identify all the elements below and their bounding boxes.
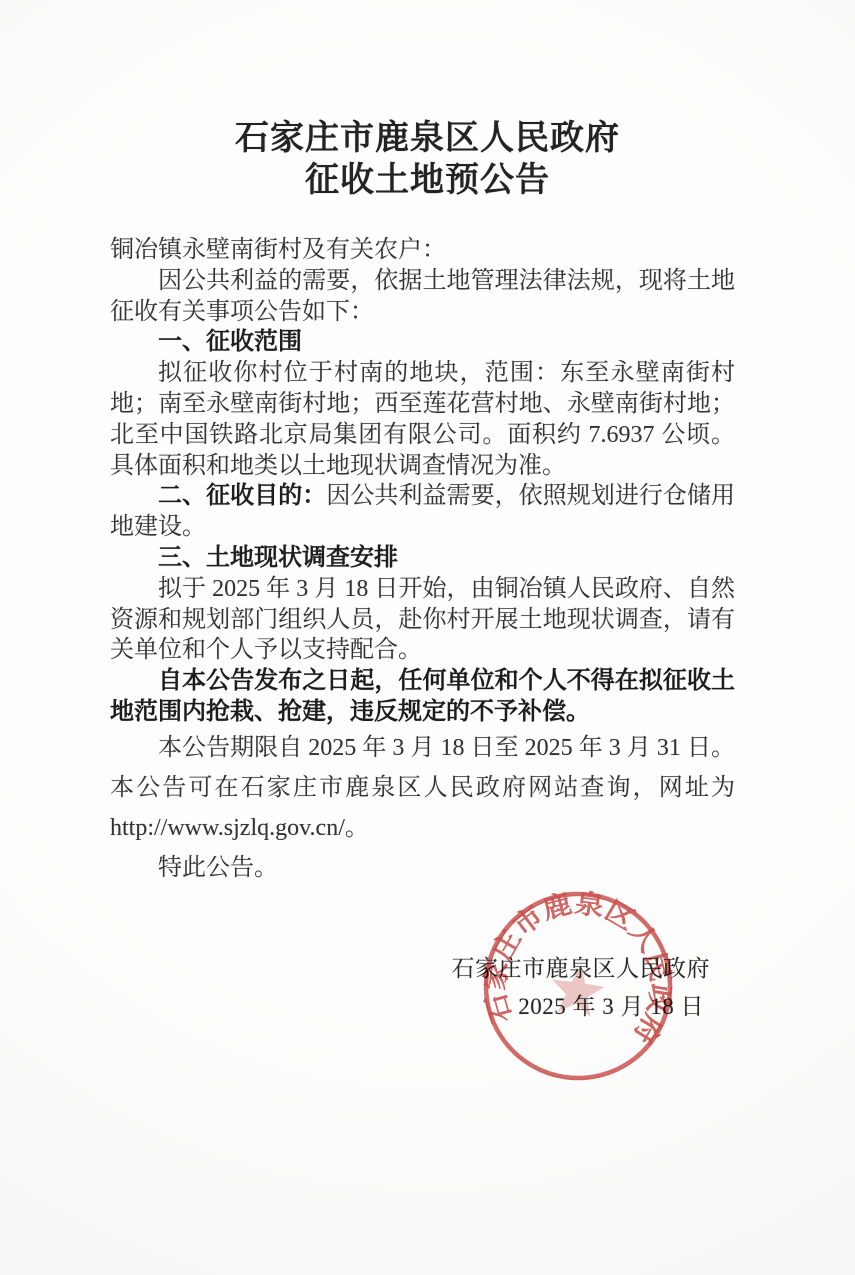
warning-paragraph: 自本公告发布之日起，任何单位和个人不得在拟征收土地范围内抢栽、抢建，违反规定的不… (110, 666, 735, 728)
validity-paragraph: 本公告期限自 2025 年 3 月 18 日至 2025 年 3 月 31 日。… (110, 728, 735, 848)
signature-date: 2025 年 3 月 18 日 (452, 988, 711, 1026)
title-line-2: 征收土地预公告 (0, 160, 855, 202)
document-title: 石家庄市鹿泉区人民政府 征收土地预公告 (0, 0, 855, 202)
title-line-1: 石家庄市鹿泉区人民政府 (0, 118, 855, 160)
section-2-heading: 二、征收目的： (158, 482, 326, 509)
salutation: 铜冶镇永壁南街村及有关农户： (110, 235, 735, 266)
section-3-paragraph: 拟于 2025 年 3 月 18 日开始，由铜冶镇人民政府、自然资源和规划部门组… (110, 574, 735, 666)
section-3-heading: 三、土地现状调查安排 (110, 543, 735, 574)
signature-block: 石家庄市鹿泉区人民政府 2025 年 3 月 18 日 (452, 950, 711, 1026)
section-1-paragraph: 拟征收你村位于村南的地块，范围：东至永壁南街村地；南至永壁南街村地；西至莲花营村… (110, 358, 735, 481)
scanned-notice-page: 石家庄市鹿泉区人民政府 征收土地预公告 铜冶镇永壁南街村及有关农户： 因公共利益… (0, 0, 855, 1275)
document-body: 铜冶镇永壁南街村及有关农户： 因公共利益的需要，依据土地管理法律法规，现将土地征… (110, 235, 735, 888)
section-2-paragraph: 二、征收目的：因公共利益需要，依照规划进行仓储用地建设。 (110, 481, 735, 543)
intro-paragraph: 因公共利益的需要，依据土地管理法律法规，现将土地征收有关事项公告如下： (110, 266, 735, 328)
signature-org: 石家庄市鹿泉区人民政府 (452, 950, 711, 988)
section-1-heading: 一、征收范围 (110, 327, 735, 358)
closing-line: 特此公告。 (110, 848, 735, 888)
